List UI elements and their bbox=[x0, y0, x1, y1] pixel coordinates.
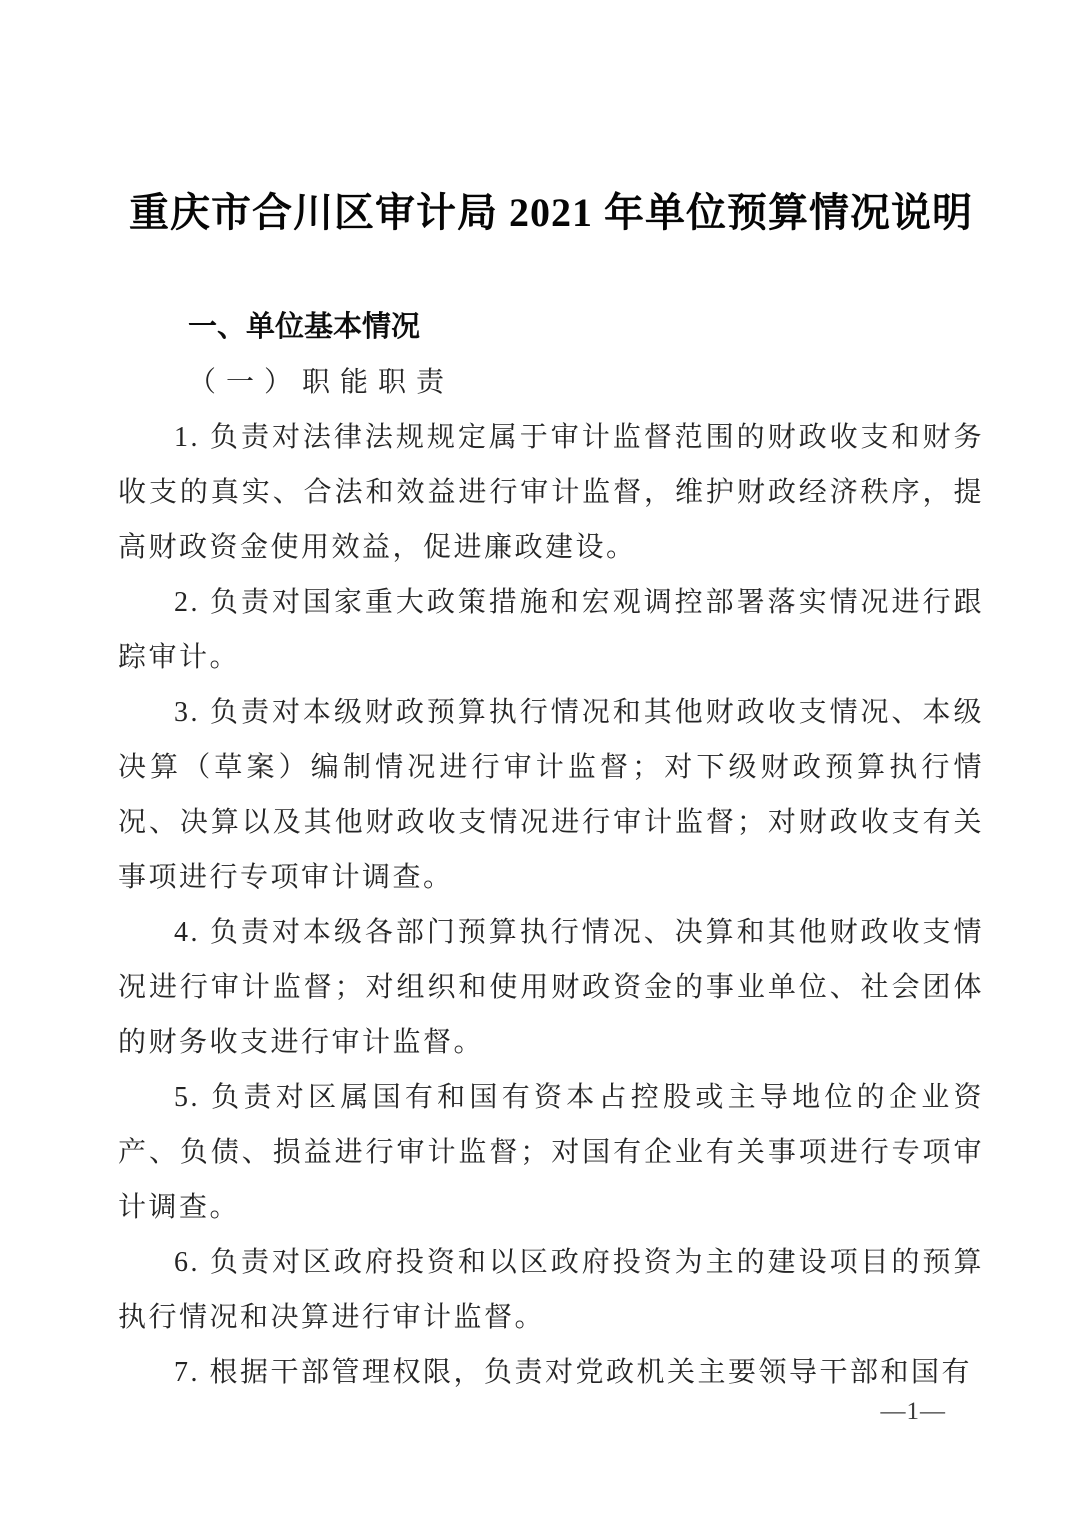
page-number: —1— bbox=[881, 1398, 947, 1426]
body-paragraph-1: 1. 负责对法律法规规定属于审计监督范围的财政收支和财务收支的真实、合法和效益进… bbox=[118, 410, 984, 575]
subsection-heading-duties: （一）职能职责 bbox=[118, 355, 984, 410]
body-paragraph-3: 3. 负责对本级财政预算执行情况和其他财政收支情况、本级决算（草案）编制情况进行… bbox=[118, 685, 984, 905]
body-paragraph-7: 7. 根据干部管理权限，负责对党政机关主要领导干部和国有 bbox=[118, 1345, 984, 1400]
body-paragraph-2: 2. 负责对国家重大政策措施和宏观调控部署落实情况进行跟踪审计。 bbox=[118, 575, 984, 685]
document-page: 重庆市合川区审计局 2021 年单位预算情况说明 一、单位基本情况 （一）职能职… bbox=[0, 0, 1074, 1520]
document-content: 重庆市合川区审计局 2021 年单位预算情况说明 一、单位基本情况 （一）职能职… bbox=[118, 0, 984, 1400]
body-paragraph-4: 4. 负责对本级各部门预算执行情况、决算和其他财政收支情况进行审计监督；对组织和… bbox=[118, 905, 984, 1070]
section-heading-basic-info: 一、单位基本情况 bbox=[118, 300, 984, 355]
body-paragraph-6: 6. 负责对区政府投资和以区政府投资为主的建设项目的预算执行情况和决算进行审计监… bbox=[118, 1235, 984, 1345]
body-paragraph-5: 5. 负责对区属国有和国有资本占控股或主导地位的企业资产、负债、损益进行审计监督… bbox=[118, 1070, 984, 1235]
document-title: 重庆市合川区审计局 2021 年单位预算情况说明 bbox=[118, 185, 984, 240]
